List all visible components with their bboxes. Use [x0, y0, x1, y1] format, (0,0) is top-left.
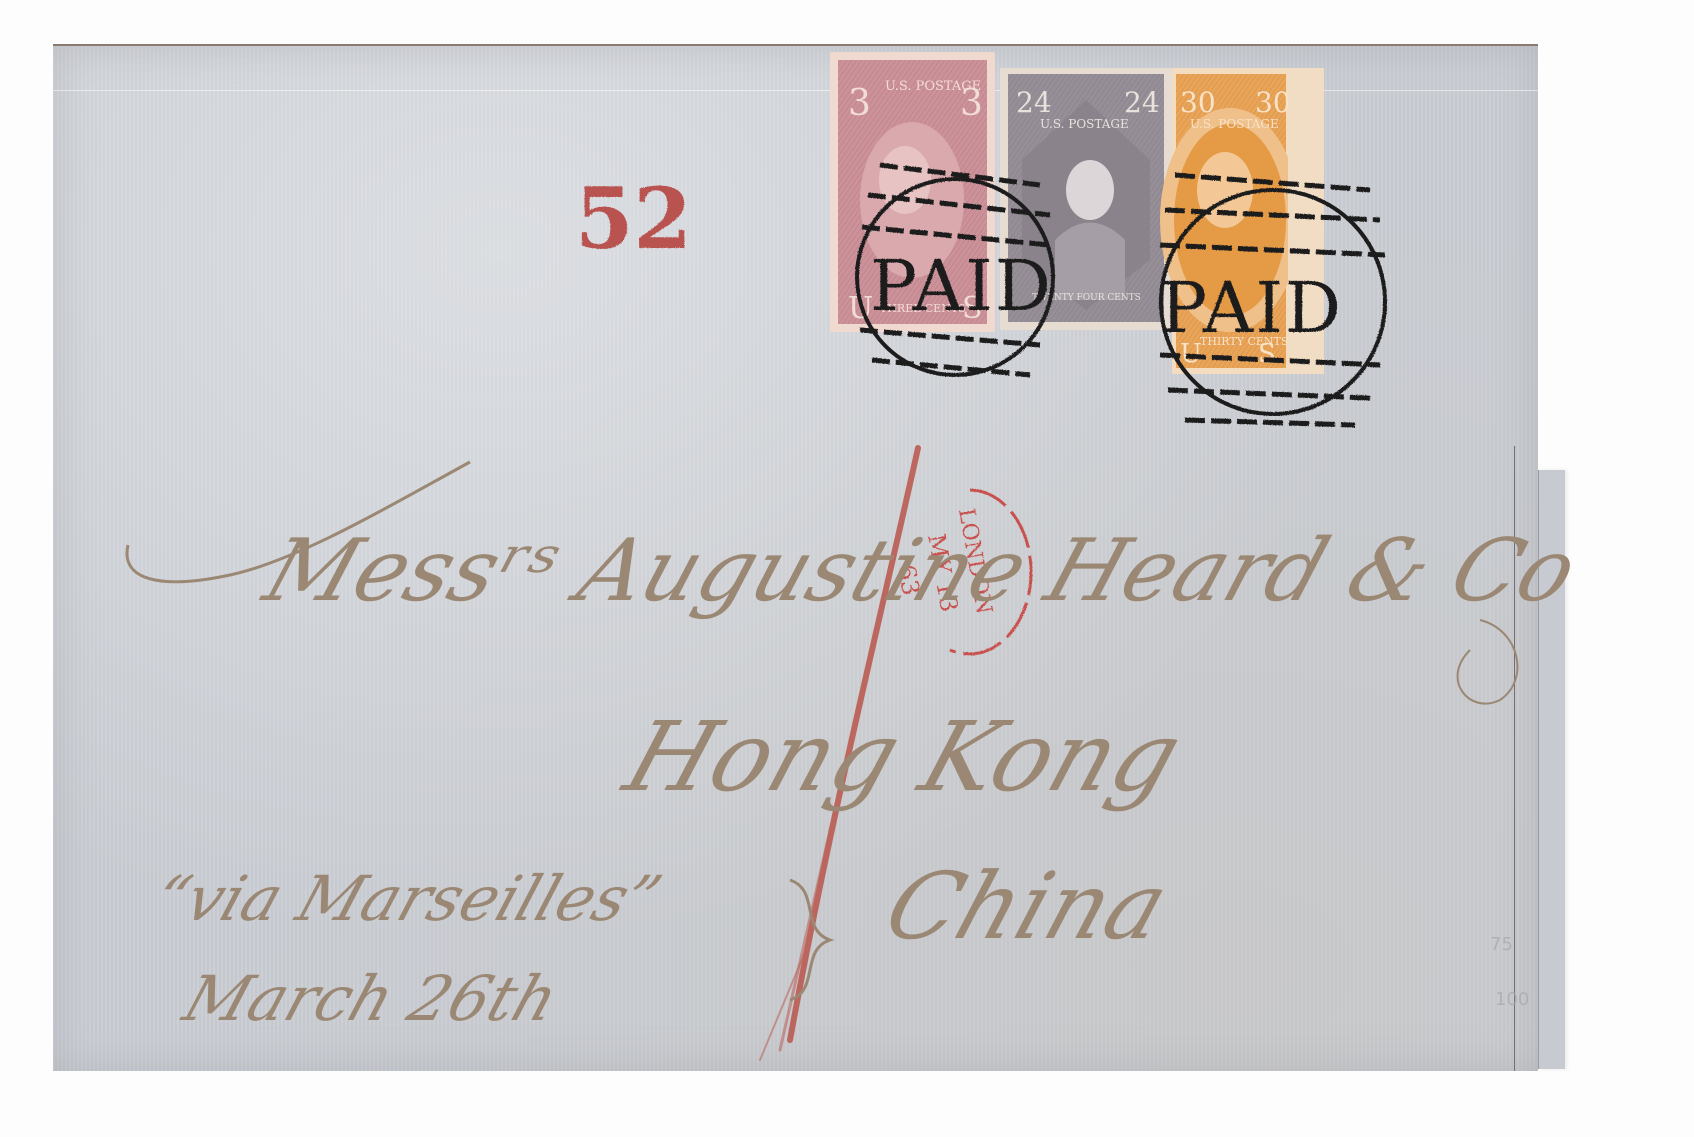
fold-line [53, 90, 1538, 91]
postal-cover [53, 44, 1538, 1071]
cover-side-flap [1538, 470, 1565, 1069]
